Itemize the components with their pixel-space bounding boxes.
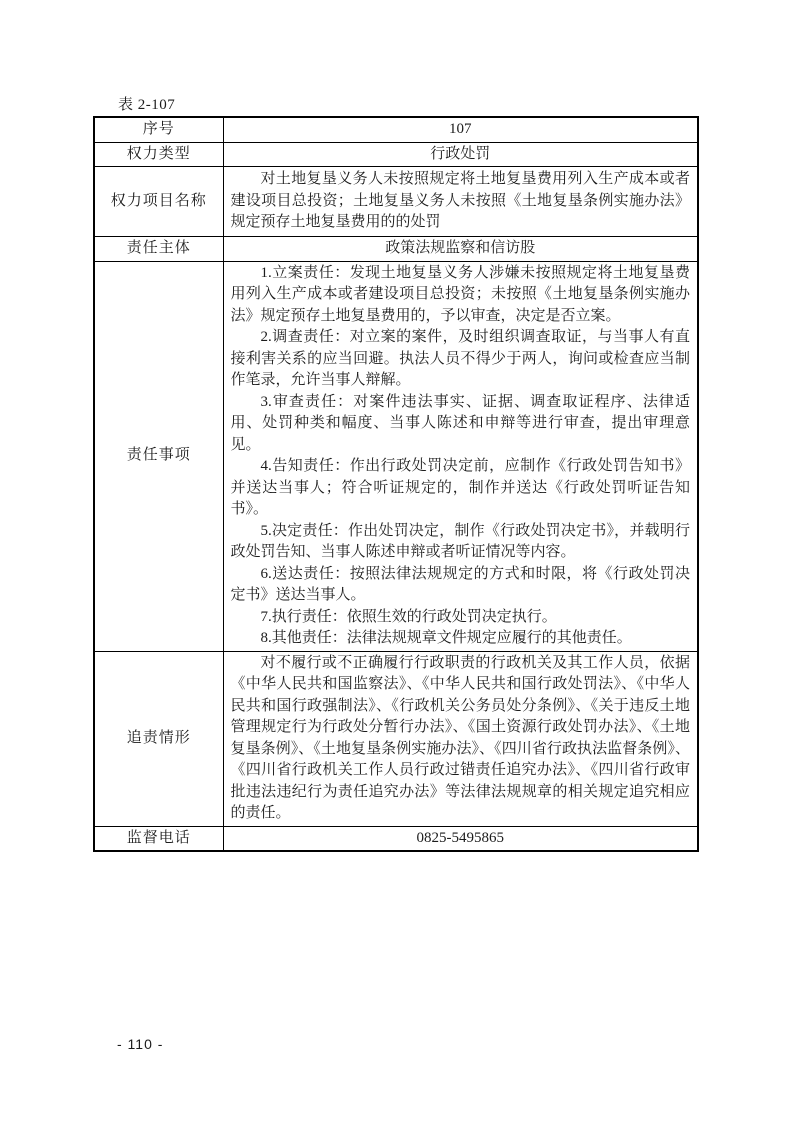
responsibility-item-6: 6.送达责任：按照法律法规规定的方式和时限，将《行政处罚决定书》送达当事人。 [231, 564, 691, 607]
responsibility-item-7: 7.执行责任：依照生效的行政处罚决定执行。 [231, 607, 691, 629]
power-item-name-text: 对土地复垦义务人未按照规定将土地复垦费用列入生产成本或者建设项目总投资；土地复垦… [231, 169, 691, 234]
responsibility-items-value: 1.立案责任：发现土地复垦义务人涉嫌未按照规定将土地复垦费用列入生产成本或者建设… [223, 261, 698, 651]
accountability-situations-value: 对不履行或不正确履行行政职责的行政机关及其工作人员，依据《中华人民共和国监察法》… [223, 651, 698, 826]
power-type-value: 行政处罚 [223, 142, 698, 167]
serial-number-label: 序号 [94, 117, 223, 142]
power-type-label: 权力类型 [94, 142, 223, 167]
power-responsibility-table: 序号 107 权力类型 行政处罚 权力项目名称 对土地复垦义务人未按照规定将土地… [93, 116, 699, 852]
row-accountability-situations: 追责情形 对不履行或不正确履行行政职责的行政机关及其工作人员，依据《中华人民共和… [94, 651, 698, 826]
responsibility-item-1: 1.立案责任：发现土地复垦义务人涉嫌未按照规定将土地复垦费用列入生产成本或者建设… [231, 263, 691, 328]
row-power-item-name: 权力项目名称 对土地复垦义务人未按照规定将土地复垦费用列入生产成本或者建设项目总… [94, 167, 698, 237]
row-serial-number: 序号 107 [94, 117, 698, 142]
responsibility-item-8: 8.其他责任：法律法规规章文件规定应履行的其他责任。 [231, 628, 691, 650]
power-item-name-value: 对土地复垦义务人未按照规定将土地复垦费用列入生产成本或者建设项目总投资；土地复垦… [223, 167, 698, 237]
supervision-phone-label: 监督电话 [94, 826, 223, 851]
responsible-entity-value: 政策法规监察和信访股 [223, 237, 698, 262]
document-page: 表 2-107 序号 107 权力类型 行政处罚 权力项目名称 对土地复垦义务人… [0, 0, 793, 1122]
responsibility-item-3: 3.审查责任：对案件违法事实、证据、调查取证程序、法律适用、处罚种类和幅度、当事… [231, 392, 691, 457]
power-item-name-label: 权力项目名称 [94, 167, 223, 237]
row-responsible-entity: 责任主体 政策法规监察和信访股 [94, 237, 698, 262]
serial-number-value: 107 [223, 117, 698, 142]
row-supervision-phone: 监督电话 0825-5495865 [94, 826, 698, 851]
responsible-entity-label: 责任主体 [94, 237, 223, 262]
page-number: - 110 - [117, 1036, 163, 1052]
row-power-type: 权力类型 行政处罚 [94, 142, 698, 167]
supervision-phone-value: 0825-5495865 [223, 826, 698, 851]
responsibility-item-4: 4.告知责任：作出行政处罚决定前，应制作《行政处罚告知书》并送达当事人；符合听证… [231, 456, 691, 521]
accountability-situations-label: 追责情形 [94, 651, 223, 826]
responsibility-item-5: 5.决定责任：作出处罚决定，制作《行政处罚决定书》，并载明行政处罚告知、当事人陈… [231, 521, 691, 564]
table-caption: 表 2-107 [118, 93, 175, 114]
accountability-situations-text: 对不履行或不正确履行行政职责的行政机关及其工作人员，依据《中华人民共和国监察法》… [231, 653, 691, 825]
responsibility-item-2: 2.调查责任：对立案的案件，及时组织调查取证，与当事人有直接利害关系的应当回避。… [231, 327, 691, 392]
responsibility-items-label: 责任事项 [94, 261, 223, 651]
row-responsibility-items: 责任事项 1.立案责任：发现土地复垦义务人涉嫌未按照规定将土地复垦费用列入生产成… [94, 261, 698, 651]
